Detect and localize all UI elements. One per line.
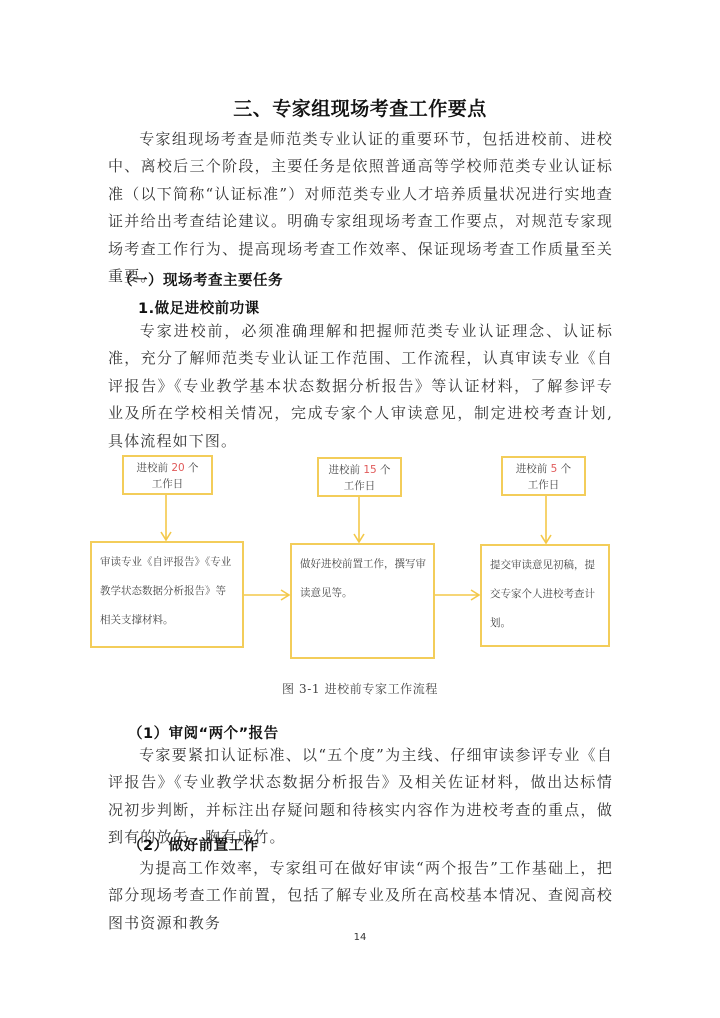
timing-suffix: 个: [557, 463, 571, 475]
timing-prefix: 进校前: [328, 464, 363, 476]
document-page: 三、专家组现场考查工作要点 专家组现场考查是师范类专业认证的重要环节，包括进校前…: [0, 0, 720, 1018]
timing-unit: 工作日: [152, 478, 184, 490]
flow-stage-1-task: 审读专业《自评报告》《专业教学状态数据分析报告》等相关支撑材料。: [90, 541, 244, 648]
flow-stage-1-timing: 进校前 20 个 工作日: [122, 455, 213, 495]
timing-number: 20: [171, 462, 184, 474]
item1-paragraph-text: 专家要紧扣认证标准、以“五个度”为主线、仔细审读参评专业《自评报告》《专业教学状…: [108, 746, 613, 846]
item2-paragraph-text: 为提高工作效率，专家组可在做好审读“两个报告”工作基础上，把部分现场考查工作前置…: [108, 859, 613, 932]
timing-suffix: 个: [377, 464, 391, 476]
item2-heading: （2）做好前置工作: [128, 834, 259, 855]
figure-caption: 图 3-1 进校前专家工作流程: [0, 680, 720, 697]
page-number: 14: [0, 932, 720, 943]
flow-stage-3-task: 提交审读意见初稿，提交专家个人进校考查计划。: [480, 544, 610, 647]
timing-unit: 工作日: [344, 480, 376, 492]
timing-suffix: 个: [185, 462, 199, 474]
timing-prefix: 进校前: [136, 462, 171, 474]
flow-stage-2-task: 做好进校前置工作，撰写审读意见等。: [290, 543, 435, 659]
timing-prefix: 进校前: [516, 463, 551, 475]
flow-stage-3-timing: 进校前 5 个 工作日: [501, 456, 586, 496]
item2-paragraph: 为提高工作效率，专家组可在做好审读“两个报告”工作基础上，把部分现场考查工作前置…: [108, 855, 613, 937]
timing-number: 15: [363, 464, 376, 476]
flow-stage-2-timing: 进校前 15 个 工作日: [317, 457, 402, 497]
item1-heading: （1）审阅“两个”报告: [128, 722, 279, 743]
timing-unit: 工作日: [528, 479, 560, 491]
